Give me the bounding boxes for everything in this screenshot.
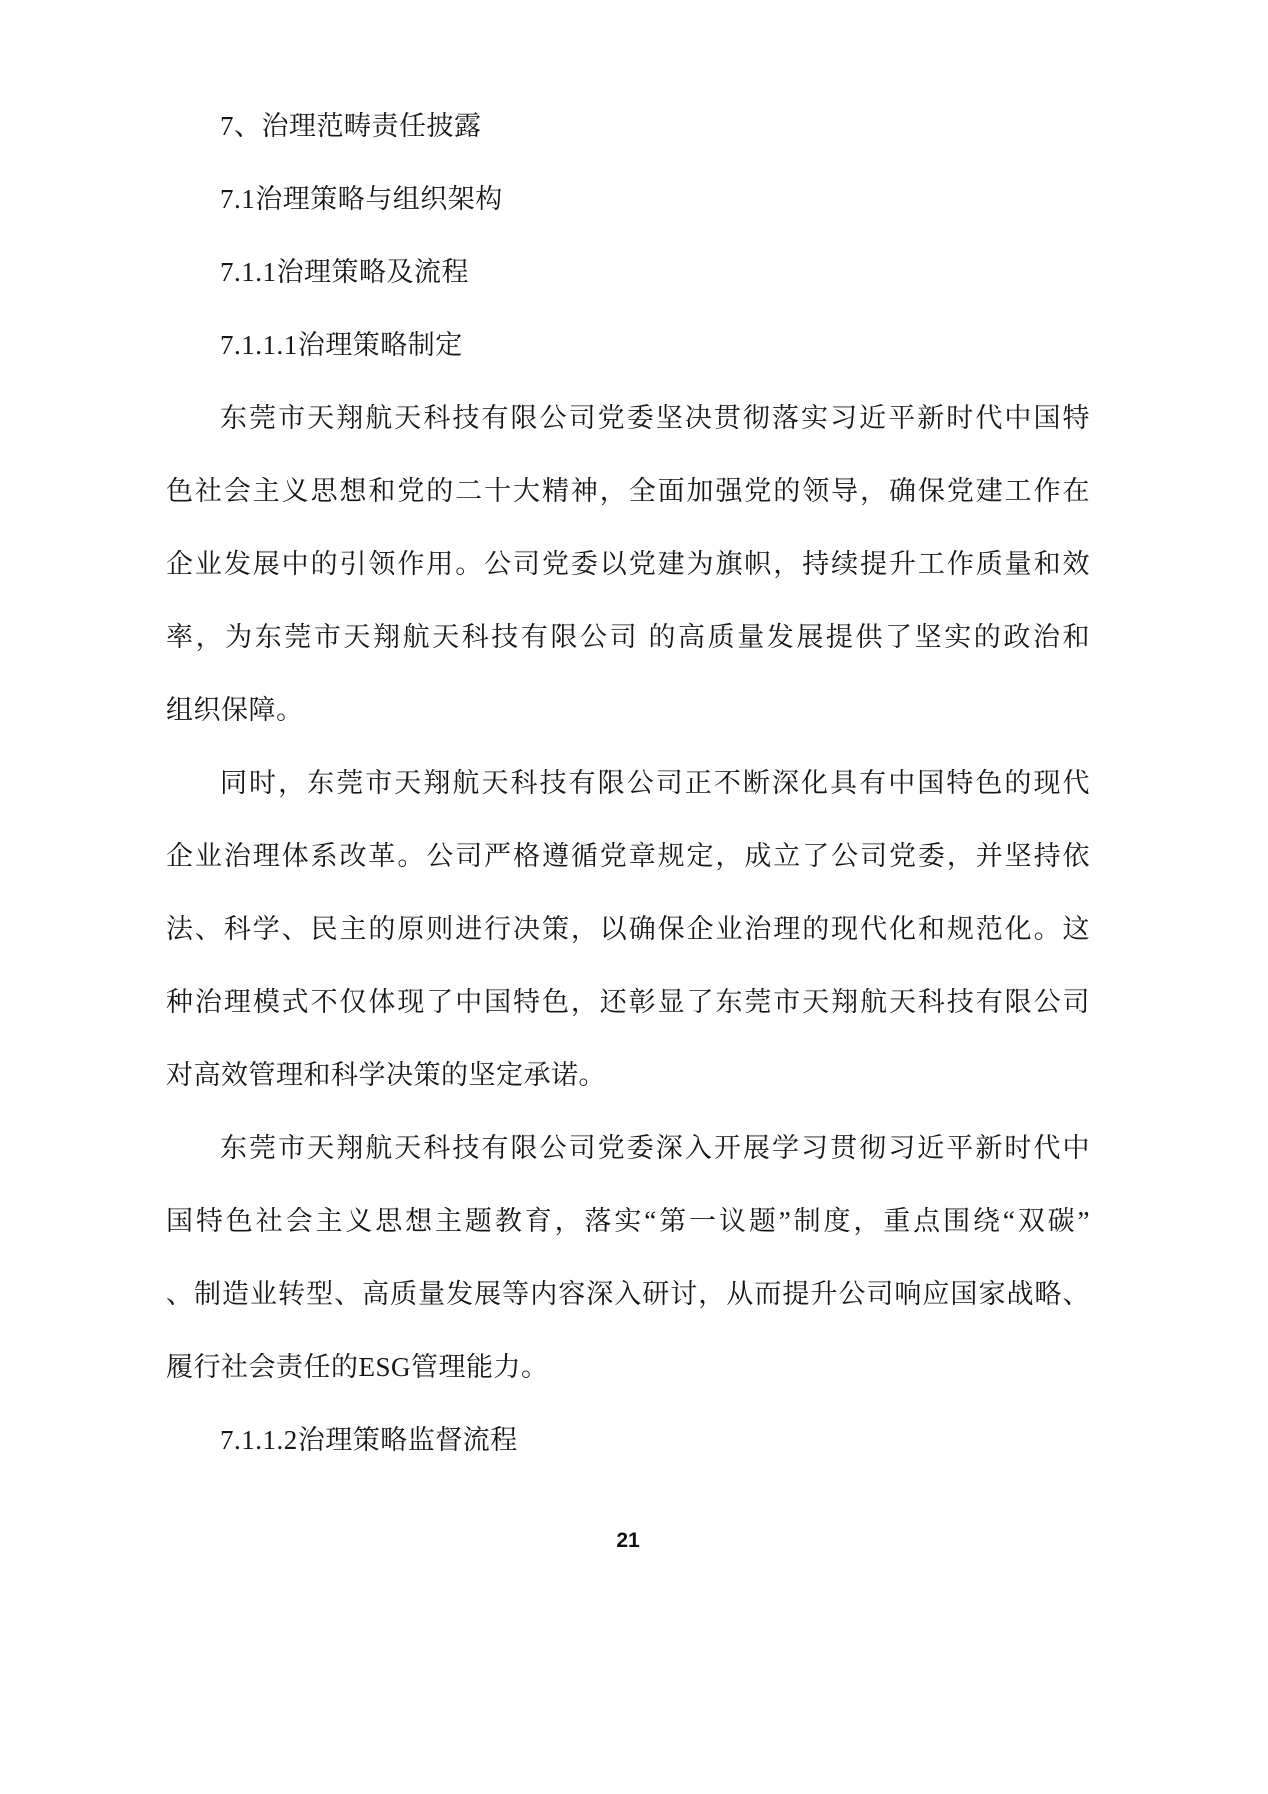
body-paragraph: 东莞市天翔航天科技有限公司党委深入开展学习贯彻习近平新时代中国特色社会主义思想主… [166,1112,1090,1404]
paragraph-line: 率，为东莞市天翔航天科技有限公司 的高质量发展提供了坚实的政治和 [166,601,1090,674]
section-heading: 7.1.1.1治理策略制定 [166,309,1090,382]
paragraph-line: 东莞市天翔航天科技有限公司党委深入开展学习贯彻习近平新时代中 [166,1112,1090,1185]
paragraph-line: 企业发展中的引领作用。公司党委以党建为旗帜，持续提升工作质量和效 [166,528,1090,601]
paragraph-line: 企业治理体系改革。公司严格遵循党章规定，成立了公司党委，并坚持依 [166,820,1090,893]
page-number: 21 [166,1529,1090,1553]
paragraph-line: 色社会主义思想和党的二十大精神，全面加强党的领导，确保党建工作在 [166,455,1090,528]
paragraph-line: 、制造业转型、高质量发展等内容深入研讨，从而提升公司响应国家战略、 [166,1258,1090,1331]
heading-line: 7、治理范畴责任披露 [166,90,1090,163]
paragraph-line: 东莞市天翔航天科技有限公司党委坚决贯彻落实习近平新时代中国特 [166,382,1090,455]
heading-line: 7.1.1治理策略及流程 [166,236,1090,309]
document-content: 7、治理范畴责任披露7.1治理策略与组织架构7.1.1治理策略及流程7.1.1.… [166,90,1090,1477]
heading-line: 7.1.1.1治理策略制定 [166,309,1090,382]
section-heading: 7、治理范畴责任披露 [166,90,1090,163]
paragraph-line: 同时，东莞市天翔航天科技有限公司正不断深化具有中国特色的现代 [166,747,1090,820]
heading-line: 7.1.1.2治理策略监督流程 [166,1404,1090,1477]
body-paragraph: 东莞市天翔航天科技有限公司党委坚决贯彻落实习近平新时代中国特色社会主义思想和党的… [166,382,1090,747]
paragraph-line: 种治理模式不仅体现了中国特色，还彰显了东莞市天翔航天科技有限公司 [166,966,1090,1039]
paragraph-line: 国特色社会主义思想主题教育，落实“第一议题”制度，重点围绕“双碳” [166,1185,1090,1258]
section-heading: 7.1治理策略与组织架构 [166,163,1090,236]
section-heading: 7.1.1治理策略及流程 [166,236,1090,309]
paragraph-line: 履行社会责任的ESG管理能力。 [166,1331,1090,1404]
paragraph-line: 法、科学、民主的原则进行决策，以确保企业治理的现代化和规范化。这 [166,893,1090,966]
section-heading: 7.1.1.2治理策略监督流程 [166,1404,1090,1477]
heading-line: 7.1治理策略与组织架构 [166,163,1090,236]
paragraph-line: 组织保障。 [166,674,1090,747]
body-paragraph: 同时，东莞市天翔航天科技有限公司正不断深化具有中国特色的现代企业治理体系改革。公… [166,747,1090,1112]
document-page: 7、治理范畴责任披露7.1治理策略与组织架构7.1.1治理策略及流程7.1.1.… [0,0,1268,1794]
paragraph-line: 对高效管理和科学决策的坚定承诺。 [166,1039,1090,1112]
